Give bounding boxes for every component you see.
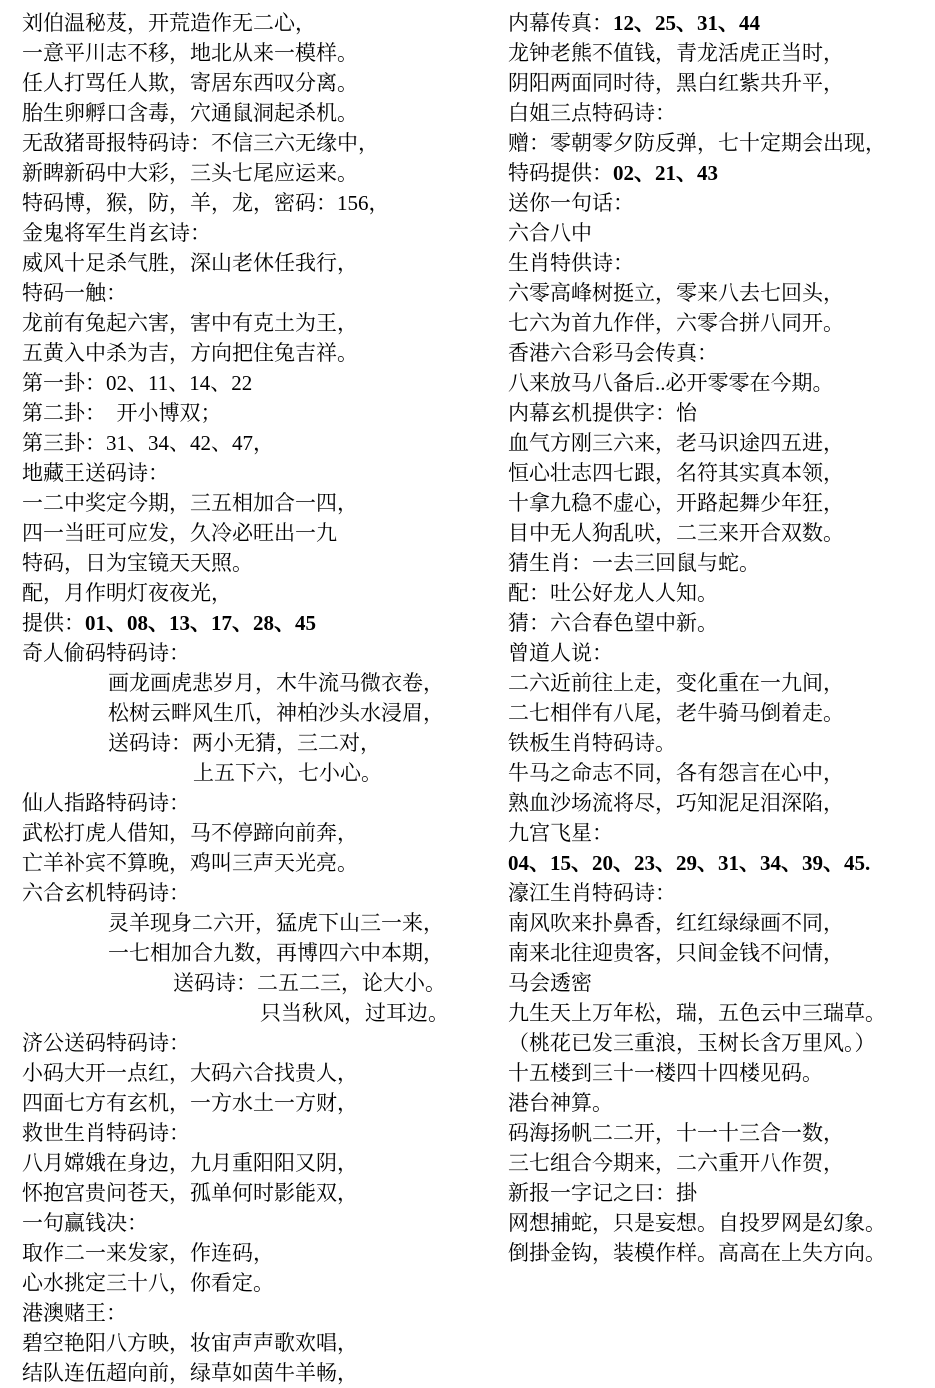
text-segment: 恒心壮志四七跟，名符其实真本领，: [508, 461, 844, 485]
text-segment: 亡羊补宾不算晚，鸡叫三声天光亮。: [22, 851, 358, 875]
text-line: 济公送码特码诗：: [22, 1028, 496, 1058]
text-segment: 十拿九稳不虚心，开路起舞少年狂，: [508, 491, 844, 515]
text-line: 八月嫦娥在身边，九月重阳阳又阴，: [22, 1148, 496, 1178]
text-segment: 龙前有兔起六害，害中有克土为王，: [22, 311, 358, 335]
text-line: 取作二一来发家，作连码，: [22, 1238, 496, 1268]
text-segment: 济公送码特码诗：: [22, 1031, 190, 1055]
text-line: 港澳赌王：: [22, 1298, 496, 1328]
text-segment: 结队连伍超向前，绿草如茵牛羊畅，: [22, 1361, 358, 1385]
text-line: 送码诗：两小无猜，三二对，: [22, 728, 496, 758]
text-segment: 金鬼将军生肖玄诗：: [22, 221, 211, 245]
text-segment: 熟血沙场流将尽，巧知泥足泪深陷，: [508, 791, 844, 815]
text-segment: 一七相加合九数，再博四六中本期，: [108, 941, 444, 965]
text-segment: 香港六合彩马会传真：: [508, 341, 718, 365]
text-line: 倒掛金钩，装模作样。高高在上失方向。: [508, 1238, 932, 1268]
text-line: 熟血沙场流将尽，巧知泥足泪深陷，: [508, 788, 932, 818]
text-segment: 送码诗：两小无猜，三二对，: [108, 731, 381, 755]
text-line: 龙前有兔起六害，害中有克土为王，: [22, 308, 496, 338]
text-segment: 第三卦：31、34、42、47，: [22, 431, 274, 455]
text-line: 四面七方有玄机，一方水土一方财，: [22, 1088, 496, 1118]
text-segment: 濠江生肖特码诗：: [508, 881, 676, 905]
text-segment: 南来北往迎贵客，只间金钱不问情，: [508, 941, 844, 965]
text-line: 结队连伍超向前，绿草如茵牛羊畅，: [22, 1358, 496, 1388]
text-segment: 仙人指路特码诗：: [22, 791, 190, 815]
text-line: 特码一触：: [22, 278, 496, 308]
text-line: 牛马之命志不同，各有怨言在心中，: [508, 758, 932, 788]
text-segment: 送你一句话：: [508, 191, 634, 215]
text-segment: 倒掛金钩，装模作样。高高在上失方向。: [508, 1241, 886, 1265]
text-segment: 第二卦： 开小博双；: [22, 401, 222, 425]
text-line: 奇人偷码特码诗：: [22, 638, 496, 668]
text-segment: 一句赢钱决：: [22, 1211, 148, 1235]
text-segment: 特码提供：: [508, 161, 613, 185]
text-line: 一七相加合九数，再博四六中本期，: [22, 938, 496, 968]
text-segment: 碧空艳阳八方映，妆宙声声歌欢唱，: [22, 1331, 358, 1355]
text-segment: 武松打虎人借知，马不停蹄向前奔，: [22, 821, 358, 845]
text-line: 六零高峰树挺立，零来八去七回头，: [508, 278, 932, 308]
text-segment: 网想捕蛇，只是妄想。自投罗网是幻象。: [508, 1211, 886, 1235]
right-column: 内幕传真：12、25、31、44龙钟老熊不值钱，青龙活虎正当时，阴阳两面同时待，…: [508, 8, 932, 1268]
text-line: 二七相伴有八尾，老牛骑马倒着走。: [508, 698, 932, 728]
text-segment: 送码诗：二五二三，论大小。: [173, 971, 446, 995]
text-segment: 四一当旺可应发，久冷必旺出一九: [22, 521, 337, 545]
text-segment: 二六近前往上走，变化重在一九间，: [508, 671, 844, 695]
text-line: 碧空艳阳八方映，妆宙声声歌欢唱，: [22, 1328, 496, 1358]
text-line: 任人打骂任人欺，寄居东西叹分离。: [22, 68, 496, 98]
text-line: 只当秋风，过耳边。: [22, 998, 496, 1028]
text-line: 威风十足杀气胜，深山老休任我行，: [22, 248, 496, 278]
text-segment: 特码，日为宝镜天天照。: [22, 551, 253, 575]
text-segment: 九生天上万年松，瑞，五色云中三瑞草。: [508, 1001, 886, 1025]
text-line: 特码，日为宝镜天天照。: [22, 548, 496, 578]
text-line: 送你一句话：: [508, 188, 932, 218]
text-line: 龙钟老熊不值钱，青龙活虎正当时，: [508, 38, 932, 68]
text-segment: 龙钟老熊不值钱，青龙活虎正当时，: [508, 41, 844, 65]
text-segment: 奇人偷码特码诗：: [22, 641, 190, 665]
text-line: 血气方刚三六来，老马识途四五进，: [508, 428, 932, 458]
text-segment: 二七相伴有八尾，老牛骑马倒着走。: [508, 701, 844, 725]
text-segment: （桃花已发三重浪，玉树长含万里风。）: [508, 1031, 876, 1055]
text-segment: 八月嫦娥在身边，九月重阳阳又阴，: [22, 1151, 358, 1175]
text-line: 二六近前往上走，变化重在一九间，: [508, 668, 932, 698]
text-line: 南风吹来扑鼻香，红红绿绿画不同，: [508, 908, 932, 938]
text-line: 濠江生肖特码诗：: [508, 878, 932, 908]
text-line: 港台神算。: [508, 1088, 932, 1118]
text-segment: 十五楼到三十一楼四十四楼见码。: [508, 1061, 823, 1085]
text-line: 内幕玄机提供字：怡: [508, 398, 932, 428]
text-line: 铁板生肖特码诗。: [508, 728, 932, 758]
text-segment: 特码博，猴，防，羊，龙，密码：156，: [22, 191, 390, 215]
bold-number-run: 12、25、31、44: [613, 11, 760, 35]
text-line: 猜生肖：一去三回鼠与蛇。: [508, 548, 932, 578]
text-line: 金鬼将军生肖玄诗：: [22, 218, 496, 248]
text-line: 目中无人狗乱吠，二三来开合双数。: [508, 518, 932, 548]
text-segment: 牛马之命志不同，各有怨言在心中，: [508, 761, 844, 785]
text-segment: 四面七方有玄机，一方水土一方财，: [22, 1091, 358, 1115]
text-segment: 曾道人说：: [508, 641, 613, 665]
text-segment: 码海扬帆二二开，十一十三合一数，: [508, 1121, 844, 1145]
text-line: 特码提供：02、21、43: [508, 158, 932, 188]
text-segment: 七六为首九作伴，六零合拼八同开。: [508, 311, 844, 335]
text-line: 配，月作明灯夜夜光，: [22, 578, 496, 608]
text-line: 六合玄机特码诗：: [22, 878, 496, 908]
text-line: 亡羊补宾不算晚，鸡叫三声天光亮。: [22, 848, 496, 878]
text-segment: 怀抱宫贵问苍天，孤单何时影能双，: [22, 1181, 358, 1205]
text-segment: 血气方刚三六来，老马识途四五进，: [508, 431, 844, 455]
bold-number-run: 04、15、20、23、29、31、34、39、45.: [508, 851, 870, 875]
text-line: 无敌猪哥报特码诗：不信三六无缘中，: [22, 128, 496, 158]
text-line: 仙人指路特码诗：: [22, 788, 496, 818]
text-segment: 八来放马八备后..必开零零在今期。: [508, 371, 834, 395]
text-line: 生肖特供诗：: [508, 248, 932, 278]
text-line: 十拿九稳不虚心，开路起舞少年狂，: [508, 488, 932, 518]
text-line: 画龙画虎悲岁月，木牛流马微衣卷，: [22, 668, 496, 698]
text-segment: 新报一字记之曰：掛: [508, 1181, 697, 1205]
bold-number-run: 01、08、13、17、28、45: [85, 611, 316, 635]
text-segment: 特码一触：: [22, 281, 127, 305]
text-segment: 取作二一来发家，作连码，: [22, 1241, 274, 1265]
text-line: 九生天上万年松，瑞，五色云中三瑞草。: [508, 998, 932, 1028]
text-segment: 港台神算。: [508, 1091, 613, 1115]
text-segment: 目中无人狗乱吠，二三来开合双数。: [508, 521, 844, 545]
text-segment: 赠：零朝零夕防反弹，七十定期会出现，: [508, 131, 886, 155]
text-segment: 内幕玄机提供字：怡: [508, 401, 697, 425]
text-segment: 救世生肖特码诗：: [22, 1121, 190, 1145]
text-segment: 五黄入中杀为吉，方向把住兔吉祥。: [22, 341, 358, 365]
text-line: 配：吐公好龙人人知。: [508, 578, 932, 608]
text-line: 小码大开一点红，大码六合找贵人，: [22, 1058, 496, 1088]
text-line: 内幕传真：12、25、31、44: [508, 8, 932, 38]
text-segment: 灵羊现身二六开，猛虎下山三一来，: [108, 911, 444, 935]
text-line: 阴阳两面同时待，黑白红紫共升平，: [508, 68, 932, 98]
text-line: 刘伯温秘芨，开荒造作无二心，: [22, 8, 496, 38]
text-line: 一句赢钱决：: [22, 1208, 496, 1238]
text-segment: 六合八中: [508, 221, 592, 245]
text-line: 八来放马八备后..必开零零在今期。: [508, 368, 932, 398]
text-segment: 上五下六，七小心。: [193, 761, 382, 785]
text-segment: 猜生肖：一去三回鼠与蛇。: [508, 551, 760, 575]
text-line: 提供：01、08、13、17、28、45: [22, 608, 496, 638]
text-segment: 提供：: [22, 611, 85, 635]
text-segment: 无敌猪哥报特码诗：不信三六无缘中，: [22, 131, 379, 155]
text-segment: 六零高峰树挺立，零来八去七回头，: [508, 281, 844, 305]
text-segment: 威风十足杀气胜，深山老休任我行，: [22, 251, 358, 275]
text-segment: 新睥新码中大彩，三头七尾应运来。: [22, 161, 358, 185]
text-segment: 地藏王送码诗：: [22, 461, 169, 485]
text-segment: 配：吐公好龙人人知。: [508, 581, 718, 605]
text-segment: 白姐三点特码诗：: [508, 101, 676, 125]
text-line: 猜：六合春色望中新。: [508, 608, 932, 638]
text-line: 新报一字记之曰：掛: [508, 1178, 932, 1208]
text-segment: 生肖特供诗：: [508, 251, 634, 275]
text-segment: 马会透密: [508, 971, 592, 995]
text-line: 三七组合今期来，二六重开八作贺，: [508, 1148, 932, 1178]
text-line: 一意平川志不移，地北从来一模样。: [22, 38, 496, 68]
text-segment: 铁板生肖特码诗。: [508, 731, 676, 755]
text-line: 心水挑定三十八，你看定。: [22, 1268, 496, 1298]
text-line: 香港六合彩马会传真：: [508, 338, 932, 368]
text-segment: 胎生卵孵口含毒，穴通鼠洞起杀机。: [22, 101, 358, 125]
text-segment: 配，月作明灯夜夜光，: [22, 581, 232, 605]
text-line: 马会透密: [508, 968, 932, 998]
text-segment: 阴阳两面同时待，黑白红紫共升平，: [508, 71, 844, 95]
text-segment: 一二中奖定今期，三五相加合一四，: [22, 491, 358, 515]
bold-number-run: 02、21、43: [613, 161, 718, 185]
text-line: （桃花已发三重浪，玉树长含万里风。）: [508, 1028, 932, 1058]
text-line: 五黄入中杀为吉，方向把住兔吉祥。: [22, 338, 496, 368]
text-line: 地藏王送码诗：: [22, 458, 496, 488]
text-segment: 小码大开一点红，大码六合找贵人，: [22, 1061, 358, 1085]
text-segment: 九宫飞星：: [508, 821, 613, 845]
text-segment: 刘伯温秘芨，开荒造作无二心，: [22, 11, 316, 35]
text-line: 四一当旺可应发，久冷必旺出一九: [22, 518, 496, 548]
left-column: 刘伯温秘芨，开荒造作无二心，一意平川志不移，地北从来一模样。任人打骂任人欺，寄居…: [22, 8, 496, 1388]
text-line: 新睥新码中大彩，三头七尾应运来。: [22, 158, 496, 188]
text-line: 赠：零朝零夕防反弹，七十定期会出现，: [508, 128, 932, 158]
text-line: 第二卦： 开小博双；: [22, 398, 496, 428]
text-line: 码海扬帆二二开，十一十三合一数，: [508, 1118, 932, 1148]
text-line: 上五下六，七小心。: [22, 758, 496, 788]
text-line: 白姐三点特码诗：: [508, 98, 932, 128]
text-segment: 松树云畔风生爪，神柏沙头水浸眉，: [108, 701, 444, 725]
text-segment: 第一卦：02、11、14、22: [22, 371, 252, 395]
text-line: 第一卦：02、11、14、22: [22, 368, 496, 398]
text-segment: 三七组合今期来，二六重开八作贺，: [508, 1151, 844, 1175]
text-segment: 六合玄机特码诗：: [22, 881, 190, 905]
text-line: 曾道人说：: [508, 638, 932, 668]
text-segment: 任人打骂任人欺，寄居东西叹分离。: [22, 71, 358, 95]
text-segment: 画龙画虎悲岁月，木牛流马微衣卷，: [108, 671, 444, 695]
text-line: 七六为首九作伴，六零合拼八同开。: [508, 308, 932, 338]
text-segment: 只当秋风，过耳边。: [260, 1001, 449, 1025]
text-line: 十五楼到三十一楼四十四楼见码。: [508, 1058, 932, 1088]
text-line: 六合八中: [508, 218, 932, 248]
text-line: 怀抱宫贵问苍天，孤单何时影能双，: [22, 1178, 496, 1208]
text-line: 松树云畔风生爪，神柏沙头水浸眉，: [22, 698, 496, 728]
text-line: 南来北往迎贵客，只间金钱不问情，: [508, 938, 932, 968]
text-line: 武松打虎人借知，马不停蹄向前奔，: [22, 818, 496, 848]
text-segment: 心水挑定三十八，你看定。: [22, 1271, 274, 1295]
text-segment: 一意平川志不移，地北从来一模样。: [22, 41, 358, 65]
text-segment: 南风吹来扑鼻香，红红绿绿画不同，: [508, 911, 844, 935]
text-line: 九宫飞星：: [508, 818, 932, 848]
text-line: 特码博，猴，防，羊，龙，密码：156，: [22, 188, 496, 218]
text-segment: 港澳赌王：: [22, 1301, 127, 1325]
text-line: 恒心壮志四七跟，名符其实真本领，: [508, 458, 932, 488]
text-segment: 内幕传真：: [508, 11, 613, 35]
text-line: 救世生肖特码诗：: [22, 1118, 496, 1148]
text-line: 灵羊现身二六开，猛虎下山三一来，: [22, 908, 496, 938]
text-line: 04、15、20、23、29、31、34、39、45.: [508, 848, 932, 878]
text-line: 胎生卵孵口含毒，穴通鼠洞起杀机。: [22, 98, 496, 128]
text-line: 网想捕蛇，只是妄想。自投罗网是幻象。: [508, 1208, 932, 1238]
text-line: 一二中奖定今期，三五相加合一四，: [22, 488, 496, 518]
text-segment: 猜：六合春色望中新。: [508, 611, 718, 635]
text-line: 送码诗：二五二三，论大小。: [22, 968, 496, 998]
tip-sheet-document: 刘伯温秘芨，开荒造作无二心，一意平川志不移，地北从来一模样。任人打骂任人欺，寄居…: [0, 0, 935, 1388]
text-line: 第三卦：31、34、42、47，: [22, 428, 496, 458]
